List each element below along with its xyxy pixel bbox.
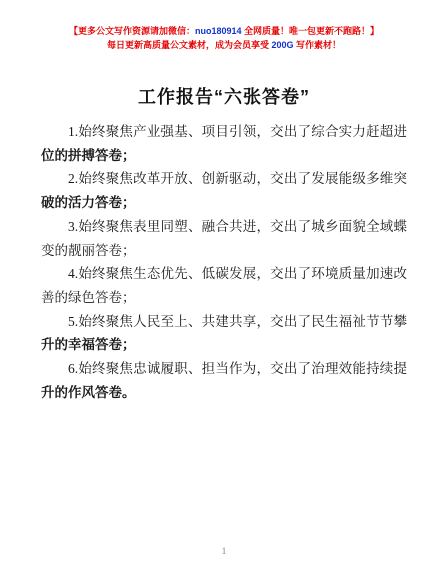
bold-phrase: 升的作风答卷。: [41, 385, 136, 400]
promo-segment: 写作素材！: [294, 40, 342, 50]
paragraph: 4.始终聚焦生态优先、低碳发展，交出了环境质量加速改善的绿色答卷；: [41, 262, 407, 309]
bold-phrase: 升的幸福答卷；: [41, 337, 136, 352]
text-segment: 4.始终聚焦生态优先、低碳发展，交出了环境质量加速改善的绿色答卷；: [41, 266, 407, 305]
promo-line: 【更多公文写作资源请加微信：nuo180914 全网质量！唯一包更新不跑路！】: [0, 25, 448, 39]
promo-segment: 全网质量！唯一包更新不跑路！】: [242, 26, 380, 36]
promo-segment: 200G: [271, 40, 293, 50]
paragraph: 3.始终聚焦表里同塑、融合共进，交出了城乡面貌全域蝶变的靓丽答卷；: [41, 215, 407, 262]
text-segment: 2.始终聚焦改革开放、创新驱动，交出了发展能级多维突: [68, 171, 407, 186]
promo-line: 每日更新高质量公文素材，成为会员享受 200G 写作素材！: [0, 39, 448, 53]
text-segment: 5.始终聚焦人民至上、共建共享，交出了民生福祉节节攀: [68, 314, 407, 329]
promo-segment: nuo180914: [195, 26, 242, 36]
paragraph: 1.始终聚焦产业强基、项目引领，交出了综合实力赶超进位的拼搏答卷；: [41, 120, 407, 167]
bold-phrase: 位的拼搏答卷；: [41, 148, 136, 163]
paragraph: 2.始终聚焦改革开放、创新驱动，交出了发展能级多维突破的活力答卷；: [41, 167, 407, 214]
text-segment: 1.始终聚焦产业强基、项目引领，交出了综合实力赶超进: [68, 124, 407, 139]
paragraph: 5.始终聚焦人民至上、共建共享，交出了民生福祉节节攀升的幸福答卷；: [41, 310, 407, 357]
text-segment: 3.始终聚焦表里同塑、融合共进，交出了城乡面貌全域蝶变的靓丽答卷；: [41, 219, 407, 258]
paragraph: 6.始终聚焦忠诚履职、担当作为，交出了治理效能持续提升的作风答卷。: [41, 357, 407, 404]
document-body: 1.始终聚焦产业强基、项目引领，交出了综合实力赶超进位的拼搏答卷；2.始终聚焦改…: [41, 120, 407, 404]
document-title: 工作报告“六张答卷”: [0, 83, 448, 109]
promo-segment: 每日更新高质量公文素材，成为会员享受: [107, 40, 272, 50]
bold-phrase: 破的活力答卷；: [41, 195, 136, 210]
page-number: 1: [0, 546, 448, 556]
document-page: 【更多公文写作资源请加微信：nuo180914 全网质量！唯一包更新不跑路！】每…: [0, 0, 448, 580]
promo-watermark: 【更多公文写作资源请加微信：nuo180914 全网质量！唯一包更新不跑路！】每…: [0, 0, 448, 52]
text-segment: 6.始终聚焦忠诚履职、担当作为，交出了治理效能持续提: [68, 361, 407, 376]
promo-segment: 【更多公文写作资源请加微信：: [69, 26, 195, 36]
